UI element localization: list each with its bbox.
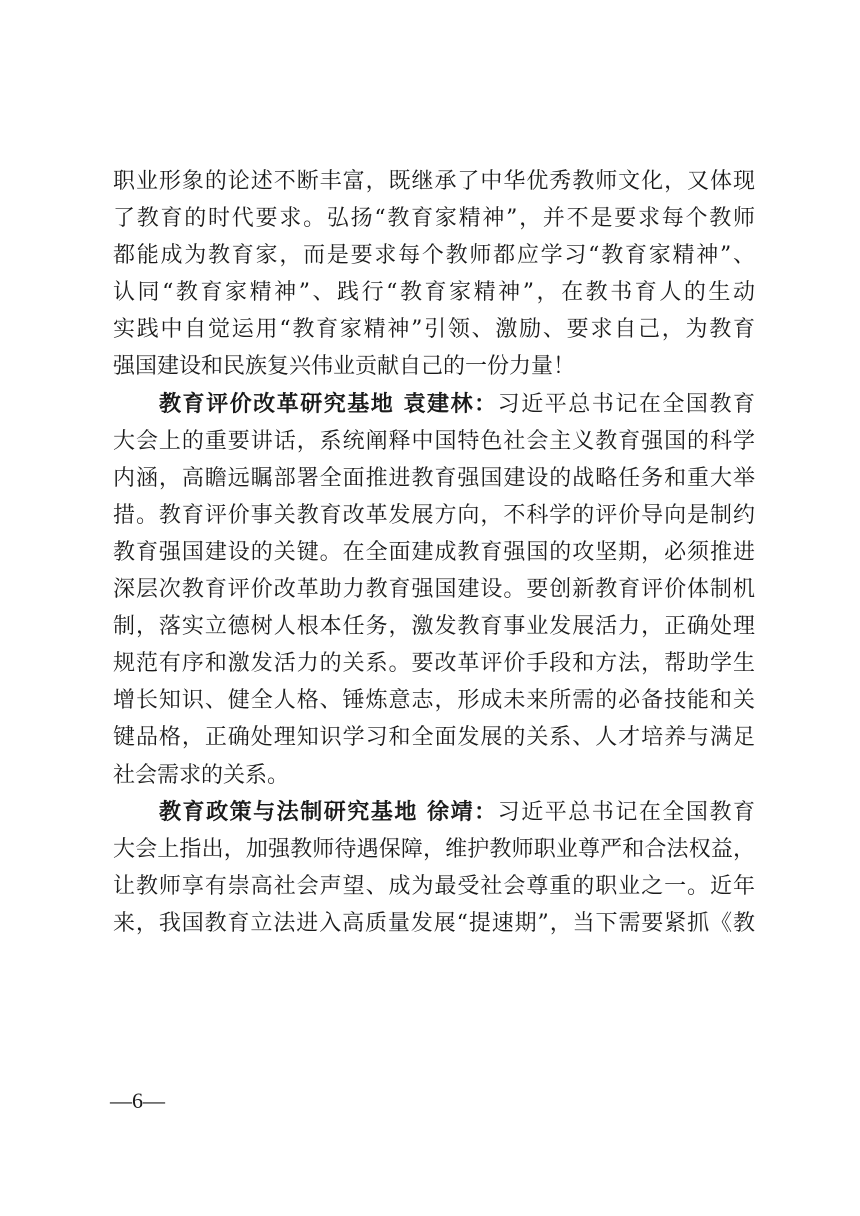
text-line: 教育强国建设的关键。在全面建成教育强国的攻坚期，必须推进 [113, 534, 755, 571]
document-page: 职业形象的论述不断丰富，既继承了中华优秀教师文化，又体现 了教育的时代要求。弘扬… [0, 0, 860, 1216]
text-line: 来，我国教育立法进入高质量发展“提速期”，当下需要紧抓《教 [113, 905, 755, 942]
text-line: 深层次教育评价改革助力教育强国建设。要创新教育评价体制机 [113, 571, 755, 608]
text-line: 职业形象的论述不断丰富，既继承了中华优秀教师文化，又体现 [113, 163, 755, 200]
text-line: 措。教育评价事关教育改革发展方向，不科学的评价导向是制约 [113, 497, 755, 534]
text-line: 认同“教育家精神”、践行“教育家精神”，在教书育人的生动 [113, 274, 755, 311]
text-line: 内涵，高瞻远瞩部署全面推进教育强国建设的战略任务和重大举 [113, 460, 755, 497]
paragraph-xu-jing: 教育政策与法制研究基地 徐靖：习近平总书记在全国教育 大会上指出，加强教师待遇保… [113, 794, 755, 942]
text-line: 实践中自觉运用“教育家精神”引领、激励、要求自己，为教育 [113, 311, 755, 348]
paragraph-first-line: 教育评价改革研究基地 袁建林：习近平总书记在全国教育 [113, 386, 755, 423]
text-run: 习近平总书记在全国教育 [498, 800, 755, 825]
speaker-label: 教育评价改革研究基地 袁建林： [159, 391, 498, 417]
paragraph-continuation: 职业形象的论述不断丰富，既继承了中华优秀教师文化，又体现 了教育的时代要求。弘扬… [113, 163, 755, 386]
text-line: 社会需求的关系。 [113, 757, 755, 794]
text-line: 规范有序和激发活力的关系。要改革评价手段和方法，帮助学生 [113, 645, 755, 682]
text-line: 强国建设和民族复兴伟业贡献自己的一份力量！ [113, 348, 755, 385]
text-line: 了教育的时代要求。弘扬“教育家精神”，并不是要求每个教师 [113, 200, 755, 237]
text-line: 大会上的重要讲话，系统阐释中国特色社会主义教育强国的科学 [113, 423, 755, 460]
page-number: —6— [110, 1088, 165, 1114]
document-body: 职业形象的论述不断丰富，既继承了中华优秀教师文化，又体现 了教育的时代要求。弘扬… [113, 163, 755, 942]
text-run: 习近平总书记在全国教育 [498, 392, 755, 417]
speaker-label: 教育政策与法制研究基地 徐靖： [159, 799, 498, 825]
text-line: 让教师享有崇高社会声望、成为最受社会尊重的职业之一。近年 [113, 868, 755, 905]
paragraph-first-line: 教育政策与法制研究基地 徐靖：习近平总书记在全国教育 [113, 794, 755, 831]
text-line: 都能成为教育家，而是要求每个教师都应学习“教育家精神”、 [113, 237, 755, 274]
paragraph-yuan-jianlin: 教育评价改革研究基地 袁建林：习近平总书记在全国教育 大会上的重要讲话，系统阐释… [113, 386, 755, 794]
text-line: 键品格，正确处理知识学习和全面发展的关系、人才培养与满足 [113, 719, 755, 756]
text-line: 制，落实立德树人根本任务，激发教育事业发展活力，正确处理 [113, 608, 755, 645]
text-line: 大会上指出，加强教师待遇保障，维护教师职业尊严和合法权益， [113, 831, 755, 868]
text-line: 增长知识、健全人格、锤炼意志，形成未来所需的必备技能和关 [113, 682, 755, 719]
